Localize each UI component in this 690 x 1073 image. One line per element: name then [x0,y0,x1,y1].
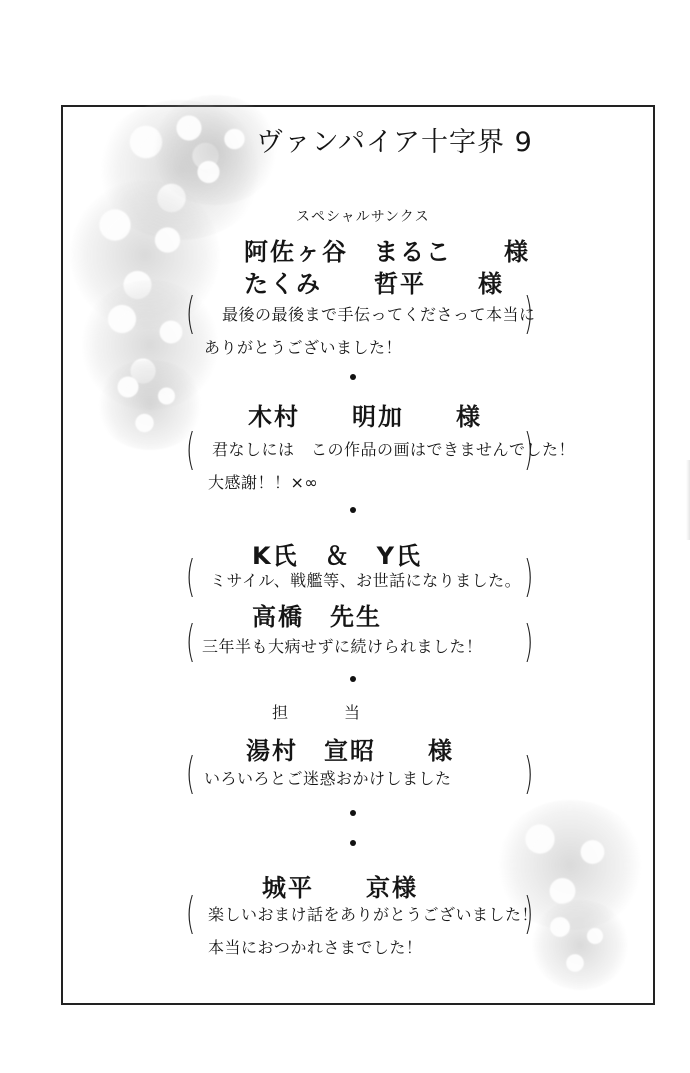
thanks-message-line: 最後の最後まで手伝ってくださって本当に [222,302,536,325]
separator-dot [350,507,356,513]
special-thanks-heading: スペシャルサンクス [296,206,430,226]
close-paren: ) [524,292,533,336]
close-paren: ) [524,892,533,936]
thanks-message-line: ありがとうございました！ [204,335,402,358]
thanks-message-line: 君なしには この作品の画はできませんでした！ [212,437,575,460]
thanks-name: たくみ 哲平 様 [244,264,504,299]
separator-dot [350,374,356,380]
thanks-message-line: 大感謝！！×∞ [208,470,318,493]
thanks-name: 湯村 宣昭 様 [246,731,454,766]
thanks-message-line: 楽しいおまけ話をありがとうございました！ [208,902,538,925]
open-paren: ( [186,752,195,796]
thanks-name: 城平 京様 [262,868,418,903]
open-paren: ( [186,892,195,936]
open-paren: ( [186,428,195,472]
thanks-message-line: ミサイル、戦艦等、お世話になりました。 [210,568,521,591]
close-paren: ) [524,555,533,599]
separator-dot [350,810,356,816]
open-paren: ( [186,292,195,336]
thanks-message-line: いろいろとご迷惑おかけしました [204,766,452,789]
separator-dot [350,676,356,682]
thanks-message-line: 本当におつかれさまでした！ [208,935,422,958]
thanks-name: 木村 明加 様 [248,397,482,432]
close-paren: ) [524,752,533,796]
page-title: ヴァンパイア十字界 9 [256,120,533,159]
open-paren: ( [186,555,195,599]
separator-dot [350,840,356,846]
close-paren: ) [524,620,533,664]
thanks-name: 高橋 先生 [252,597,382,632]
role-label-char: 担 [272,700,288,723]
thanks-name: K氏 ＆ Y氏 [252,536,422,571]
open-paren: ( [186,620,195,664]
close-paren: ) [524,428,533,472]
thanks-message-line: 三年半も大病せずに続けられました！ [202,634,483,657]
role-label-char: 当 [344,700,360,723]
page-edge-shadow [686,460,690,540]
thanks-name: 阿佐ヶ谷 まるこ 様 [244,232,530,267]
